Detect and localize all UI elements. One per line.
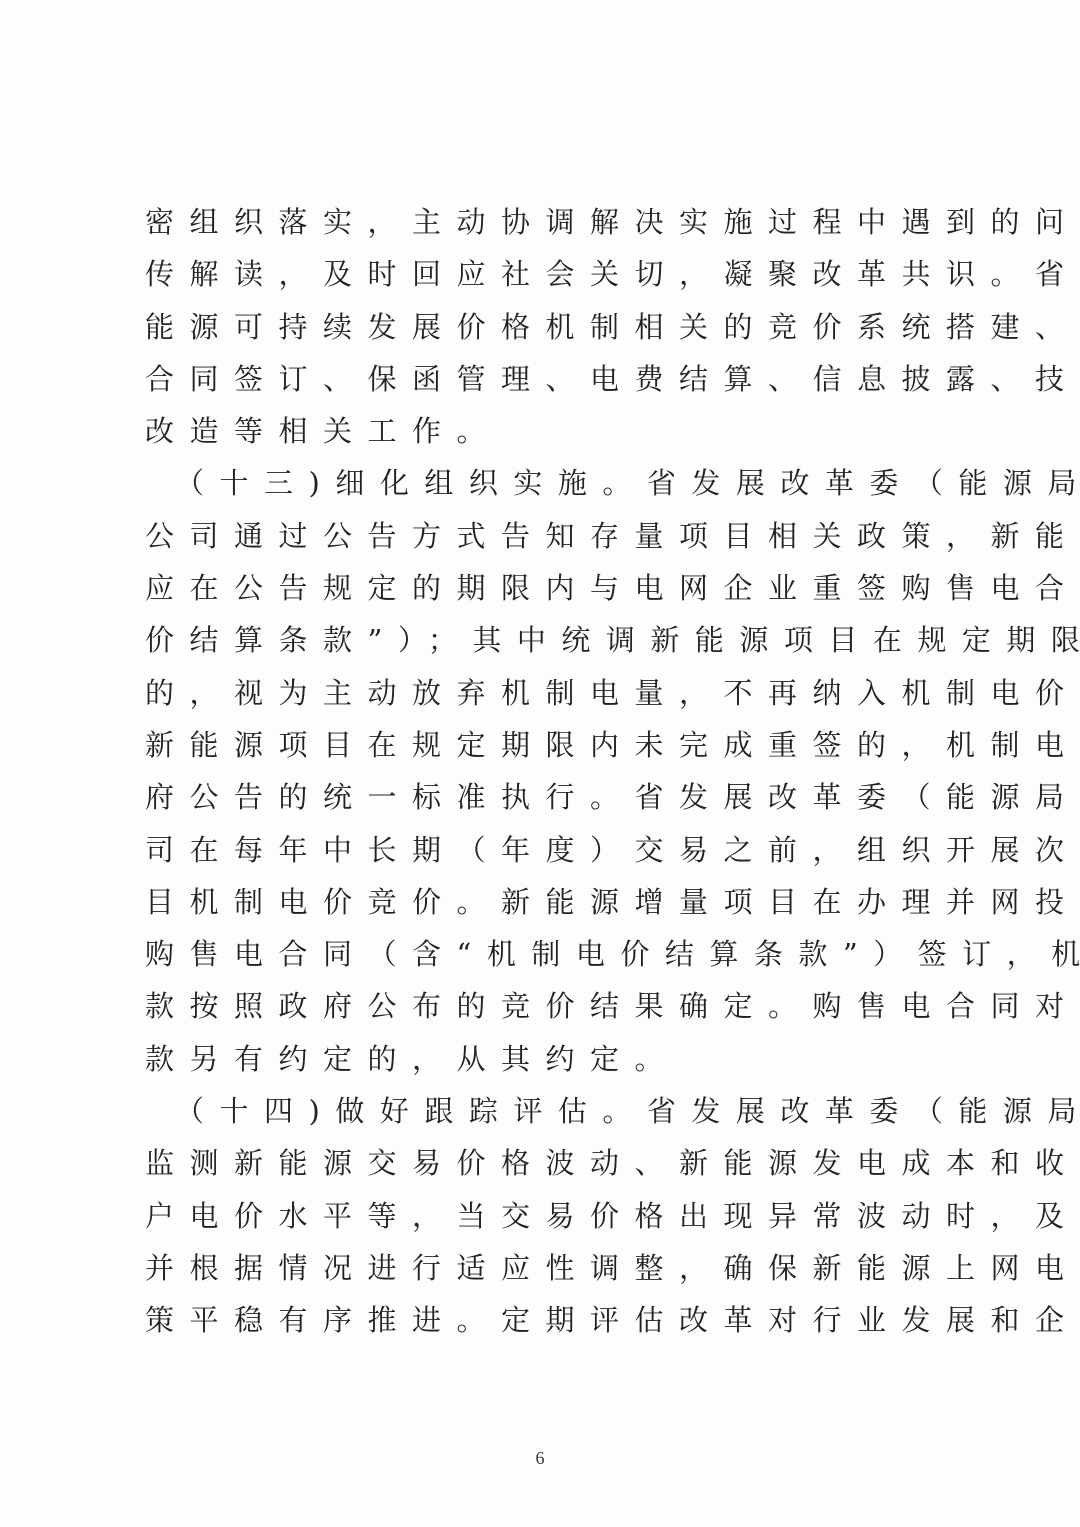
section-heading-line: （十三)细化组织实施。省发展改革委（能源局）、省电力 bbox=[145, 457, 950, 509]
text-line: 户电价水平等，当交易价格出现异常波动时，及时开展复盘分析， bbox=[145, 1190, 950, 1242]
text-line: 能源可持续发展价格机制相关的竞价系统搭建、竞价组织实施、 bbox=[145, 301, 950, 353]
text-line: 密组织落实，主动协调解决实施过程中遇到的问题；加强政策宣 bbox=[145, 196, 950, 248]
text-line: 府公告的统一标准执行。省发展改革委（能源局）委托省电力公 bbox=[145, 771, 950, 823]
text-line: 款按照政府公布的竞价结果确定。购售电合同对机制电价结算条 bbox=[145, 980, 950, 1032]
text-line: 合同签订、保函管理、电费结算、信息披露、技术支持系统升级 bbox=[145, 353, 950, 405]
section-heading-line: （十四)做好跟踪评估。省发展改革委（能源局）定期跟踪 bbox=[145, 1085, 950, 1137]
text-line: 价结算条款”）；其中统调新能源项目在规定期限内未完成重签 bbox=[145, 614, 950, 666]
text-line: 购售电合同（含“机制电价结算条款”）签订，机制电价结算条 bbox=[145, 928, 950, 980]
text-line: 新能源项目在规定期限内未完成重签的，机制电价结算条款按政 bbox=[145, 719, 950, 771]
text-line: 策平稳有序推进。定期评估改革对行业发展和企业经营等方面的 bbox=[145, 1294, 950, 1346]
text-line: 传解读，及时回应社会关切，凝聚改革共识。省电力公司做好新 bbox=[145, 248, 950, 300]
text-line: 改造等相关工作。 bbox=[145, 405, 950, 457]
document-page: 密组织落实，主动协调解决实施过程中遇到的问题；加强政策宣 传解读，及时回应社会关… bbox=[0, 0, 1080, 1527]
text-line: 公司通过公告方式告知存量项目相关政策，新能源存量项目主体 bbox=[145, 510, 950, 562]
text-line: 的，视为主动放弃机制电量，不再纳入机制电价执行范围；其他 bbox=[145, 667, 950, 719]
text-line: 司在每年中长期（年度）交易之前，组织开展次年新能源增量项 bbox=[145, 824, 950, 876]
text-line: 应在公告规定的期限内与电网企业重签购售电合同（含“机制电 bbox=[145, 562, 950, 614]
text-line: 目机制电价竞价。新能源增量项目在办理并网投产流程时应完成 bbox=[145, 876, 950, 928]
text-line: 并根据情况进行适应性调整，确保新能源上网电价市场化改革政 bbox=[145, 1242, 950, 1294]
text-line: 监测新能源交易价格波动、新能源发电成本和收益变化、终端用 bbox=[145, 1137, 950, 1189]
document-body: 密组织落实，主动协调解决实施过程中遇到的问题；加强政策宣 传解读，及时回应社会关… bbox=[145, 196, 950, 1347]
text-line: 款另有约定的，从其约定。 bbox=[145, 1033, 950, 1085]
page-number: 6 bbox=[0, 1448, 1080, 1469]
